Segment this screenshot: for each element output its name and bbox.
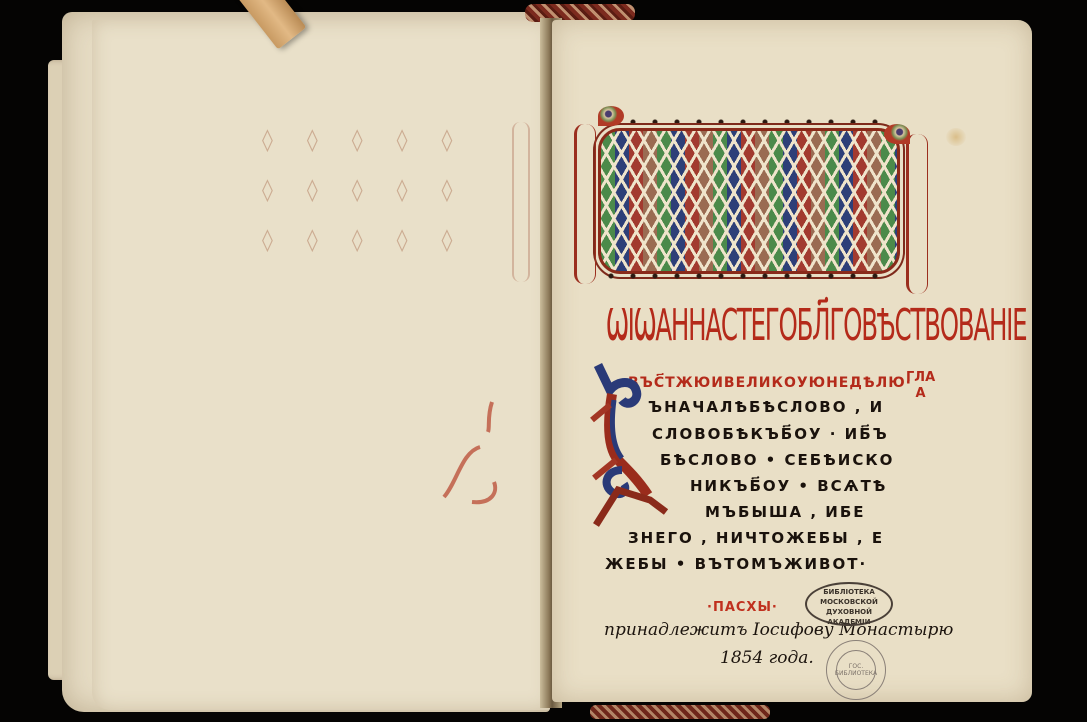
text-line: МЪБЫША , ИБЕ bbox=[705, 503, 866, 521]
ornamental-headpiece bbox=[598, 128, 900, 274]
stamp-line: АКАДЕМІИ bbox=[807, 617, 891, 627]
text-line: СЛОВОБѢКЪБ҃ОУ · ИБ҃Ъ bbox=[652, 425, 889, 443]
ghost-lozenge: ◊ bbox=[262, 180, 273, 202]
margin-note-line: ГЛА bbox=[906, 370, 935, 386]
ghost-lozenge: ◊ bbox=[262, 230, 273, 252]
colophon-rubric: ·ПАСХЫ· bbox=[707, 600, 778, 615]
library-stamp-oval: БИБЛІОТЕКА МОСКОВСКОЙ ДУХОВНОЙ АКАДЕМІИ bbox=[805, 582, 893, 626]
red-ink-stain bbox=[432, 392, 512, 512]
paper-stain bbox=[946, 128, 966, 146]
library-stamp-round: ГОС. БИБЛИОТЕКА bbox=[826, 640, 886, 700]
stamp-line: МОСКОВСКОЙ ДУХОВНОЙ bbox=[807, 597, 891, 617]
ghost-lozenge: ◊ bbox=[442, 180, 453, 202]
headpiece-top-dots bbox=[600, 118, 892, 126]
corner-flourish-right bbox=[884, 124, 910, 144]
text-line: ЗНЕГО , НИЧТОЖЕБЫ , Е bbox=[628, 529, 884, 547]
ghost-lozenge: ◊ bbox=[442, 130, 453, 152]
tailband bbox=[590, 705, 770, 719]
ghost-lozenge: ◊ bbox=[352, 180, 363, 202]
text-line: ЖЕБЫ • ВЪТОМЪЖИВОТ· bbox=[605, 555, 867, 573]
corner-flourish-left bbox=[598, 106, 624, 126]
rubric-title: ѠІѠАННАСТЕГОБЛ҃ГОВѢСТВОВАНІЕ bbox=[606, 300, 1026, 351]
ghost-lozenge: ◊ bbox=[352, 130, 363, 152]
illuminated-initial bbox=[588, 360, 668, 530]
stamp-text: ГОС. БИБЛИОТЕКА bbox=[827, 663, 885, 677]
ghost-side-ornament bbox=[512, 122, 530, 282]
ghost-lozenge: ◊ bbox=[307, 180, 318, 202]
ghost-lozenge: ◊ bbox=[397, 230, 408, 252]
right-side-ornament bbox=[906, 134, 928, 294]
ghost-lozenge: ◊ bbox=[307, 130, 318, 152]
rubric-subtitle: ВЪС҃ТЖЮИВЕЛИКОУЮНЕДѢЛЮ· bbox=[628, 375, 912, 391]
text-line: НИКЪБ҃ОУ • ВСѦТѢ bbox=[690, 477, 887, 495]
margin-note: ГЛА А bbox=[906, 370, 935, 402]
offset-ornament-ghost: ◊◊◊ ◊◊◊ ◊◊◊ ◊◊◊ ◊◊◊ bbox=[262, 130, 452, 252]
inscription-date: 1854 года. bbox=[720, 648, 814, 668]
left-page bbox=[92, 20, 550, 710]
text-line: БѢСЛОВО • СЕБѢИСКО bbox=[660, 451, 894, 469]
ghost-lozenge: ◊ bbox=[262, 130, 273, 152]
ownership-inscription: принадлежитъ Іосифову Монастырю bbox=[604, 620, 953, 640]
text-line: ЪНАЧАЛѢБѢСЛОВО , И bbox=[648, 398, 884, 416]
margin-note-line: А bbox=[906, 386, 935, 402]
stamp-line: БИБЛІОТЕКА bbox=[807, 587, 891, 597]
ghost-lozenge: ◊ bbox=[442, 230, 453, 252]
ghost-lozenge: ◊ bbox=[397, 130, 408, 152]
headpiece-bottom-dots bbox=[600, 272, 892, 280]
ghost-lozenge: ◊ bbox=[397, 180, 408, 202]
left-side-ornament bbox=[574, 124, 596, 284]
ghost-lozenge: ◊ bbox=[307, 230, 318, 252]
ghost-lozenge: ◊ bbox=[352, 230, 363, 252]
